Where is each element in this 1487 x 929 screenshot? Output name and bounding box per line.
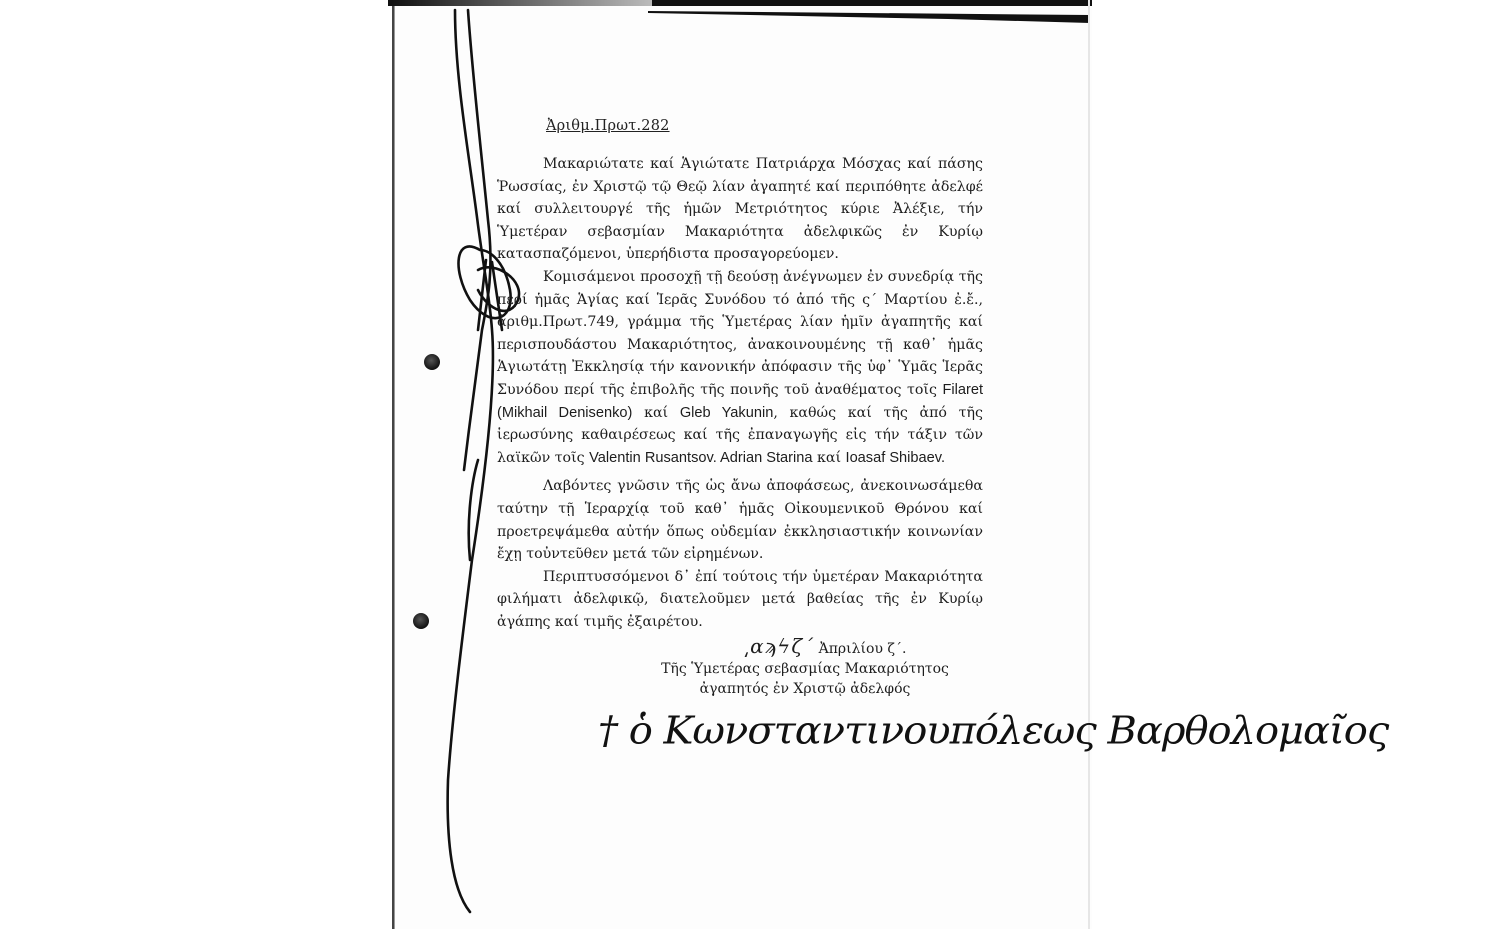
scan-top-fade: [392, 0, 652, 6]
punch-hole-top: [424, 354, 440, 370]
paragraph-salutation: Μακαριώτατε καί Ἁγιώτατε Πατριάρχα Μόσχα…: [497, 153, 983, 266]
paragraph-communication: Λαβόντες γνῶσιν τῆς ὡς ἄνω ἀποφάσεως, ἀν…: [497, 475, 983, 565]
punch-hole-bottom: [413, 613, 429, 629]
scan-edge-shadow: [648, 5, 1090, 23]
page-right-edge: [1088, 0, 1090, 929]
greek-text: Κομισάμενοι προσοχῇ τῇ δεούσῃ ἀνέγνωμεν …: [497, 269, 983, 308]
paragraph-synod-decision: Κομισάμενοι προσοχῇ τῇ δεούσῃ ἀνέγνωμεν …: [497, 266, 983, 469]
protocol-number: Ἀριθμ.Πρωτ.282: [546, 118, 670, 134]
latin-name: Ioasaf Shibaev.: [846, 450, 946, 466]
letter-body: Μακαριώτατε καί Ἁγιώτατε Πατριάρχα Μόσχα…: [497, 153, 983, 633]
closing-line-2: ἀγαπητός ἐν Χριστῷ ἀδελφός: [640, 679, 970, 699]
latin-name: Gleb Yakunin: [680, 405, 773, 421]
date-line: ͵αϡϟζ΄ Ἀπριλίου ζ΄.: [640, 636, 970, 659]
paragraph-embrace: Περιπτυσσόμενοι δ᾽ ἐπί τούτοις τήν ὑμετέ…: [497, 566, 983, 634]
closing-block: ͵αϡϟζ΄ Ἀπριλίου ζ΄. Τῆς Ὑμετέρας σεβασμί…: [640, 636, 970, 699]
closing-line-1: Τῆς Ὑμετέρας σεβασμίας Μακαριότητος: [640, 659, 970, 679]
greek-text: καί: [812, 450, 845, 466]
handwritten-year: ͵αϡϟζ΄: [744, 634, 815, 658]
latin-name: Valentin Rusantsov. Adrian Starina: [589, 450, 812, 466]
patriarch-signature: † ὁ Κωνσταντινουπόλεως Βαρθολομαῖος: [598, 709, 1388, 753]
greek-text: ἀριθμ.Πρωτ.749: [497, 314, 614, 330]
greek-text: καί: [632, 405, 679, 421]
printed-date: Ἀπριλίου ζ΄.: [819, 641, 907, 657]
